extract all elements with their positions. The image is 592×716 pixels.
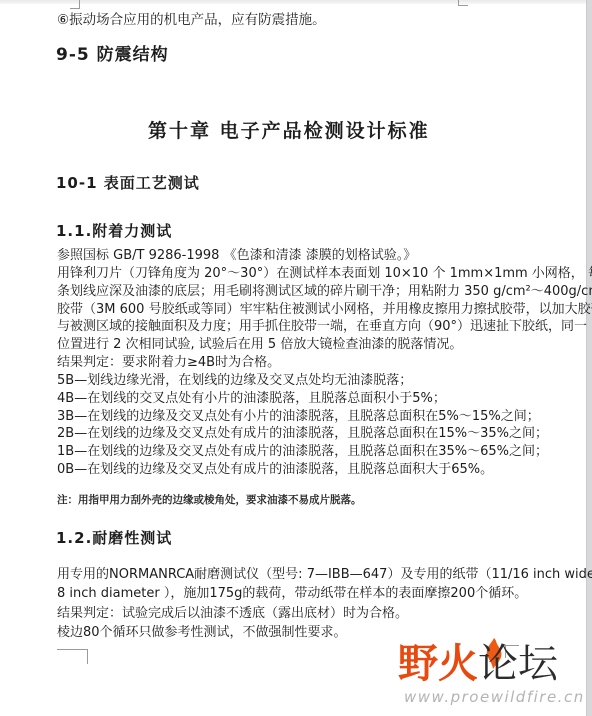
- result-judgement-line: 结果判定：试验完成后以油漆不透底（露出底材）时为合格。: [57, 604, 592, 623]
- body-line: 胶带（3M 600 号胶纸或等同）牢牢粘住被测试小网格，并用橡皮擦用力擦拭胶带，…: [57, 301, 592, 319]
- adhesion-test-paragraph: 参照国标 GB/T 9286-1998 《色漆和清漆 漆膜的划格试验。》 用锋利…: [57, 247, 592, 479]
- body-line: 与被测区域的接触面积及力度；用手抓住胶带一端，在垂直方向（90°）迅速扯下胶纸，…: [57, 318, 592, 336]
- body-line: 8 inch diameter ），施加175g的载荷，带动纸带在样本的表面摩擦…: [57, 584, 592, 603]
- heading-1-1-adhesion-test: 1.1.附着力测试: [56, 220, 172, 241]
- crop-mark-bottom-left: [57, 649, 88, 664]
- grade-3b-line: 3B—在划线的边缘及交叉点处有小片的油漆脱落，且脱落总面积在5%～15%之间；: [57, 408, 592, 426]
- body-line: 参照国标 GB/T 9286-1998 《色漆和清漆 漆膜的划格试验。》: [57, 247, 592, 265]
- abrasion-test-paragraph: 用专用的NORMANRCA耐磨测试仪（型号: 7—IBB—647）及专用的纸带（…: [57, 565, 592, 642]
- page-top-edge: [0, 0, 592, 4]
- wildfire-forum-watermark: 野火论坛 www.proewildfire.cn: [398, 641, 580, 711]
- footnote: 注：用指甲用力刮外壳的边缘或棱角处，要求油漆不易成片脱落。: [57, 492, 362, 507]
- brand-text-black: 论坛: [478, 641, 558, 687]
- grade-4b-line: 4B—在划线的交叉点处有小片的油漆脱落，且脱落总面积小于5%；: [57, 390, 592, 408]
- body-line: 用锋利刀片（刀锋角度为 20°～30°）在测试样本表面划 10×10 个 1mm…: [57, 265, 592, 283]
- heading-9-5: 9-5 防震结构: [56, 40, 169, 65]
- chapter-title: 第十章 电子产品检测设计标准: [148, 116, 430, 143]
- watermark-url: www.proewildfire.cn: [404, 688, 585, 706]
- grade-1b-line: 1B—在划线的边缘及交叉点处有成片的油漆脱落，且脱落总面积在35%～65%之间；: [57, 443, 592, 461]
- intro-paragraph: ⑥振动场合应用的机电产品，应有防震措施。: [57, 8, 326, 28]
- grade-0b-line: 0B—在划线的边缘及交叉点处有成片的油漆脱落，且脱落总面积大于65%。: [57, 461, 592, 479]
- body-line: 棱边80个循环只做参考性测试，不做强制性要求。: [57, 623, 592, 642]
- grade-2b-line: 2B—在划线的边缘及交叉点处有成片的油漆脱落，且脱落总面积在15%～35%之间；: [57, 425, 592, 443]
- body-line: 条划线应深及油漆的底层；用毛刷将测试区域的碎片刷干净；用粘附力 350 g/cm…: [57, 283, 592, 301]
- heading-10-1: 10-1 表面工艺测试: [56, 172, 200, 193]
- brand-text-orange: 野火: [398, 641, 478, 687]
- result-judgement-line: 结果判定：要求附着力≥4B时为合格。: [57, 354, 592, 372]
- body-line: 位置进行 2 次相同试验, 试验后在用 5 倍放大镜检查油漆的脱落情况。: [57, 336, 592, 354]
- heading-1-2-abrasion-test: 1.2.耐磨性测试: [56, 527, 172, 548]
- grade-5b-line: 5B—划线边缘光滑，在划线的边缘及交叉点处均无油漆脱落；: [57, 372, 592, 390]
- crop-mark-top-right: [458, 0, 468, 6]
- body-line: 用专用的NORMANRCA耐磨测试仪（型号: 7—IBB—647）及专用的纸带（…: [57, 565, 592, 584]
